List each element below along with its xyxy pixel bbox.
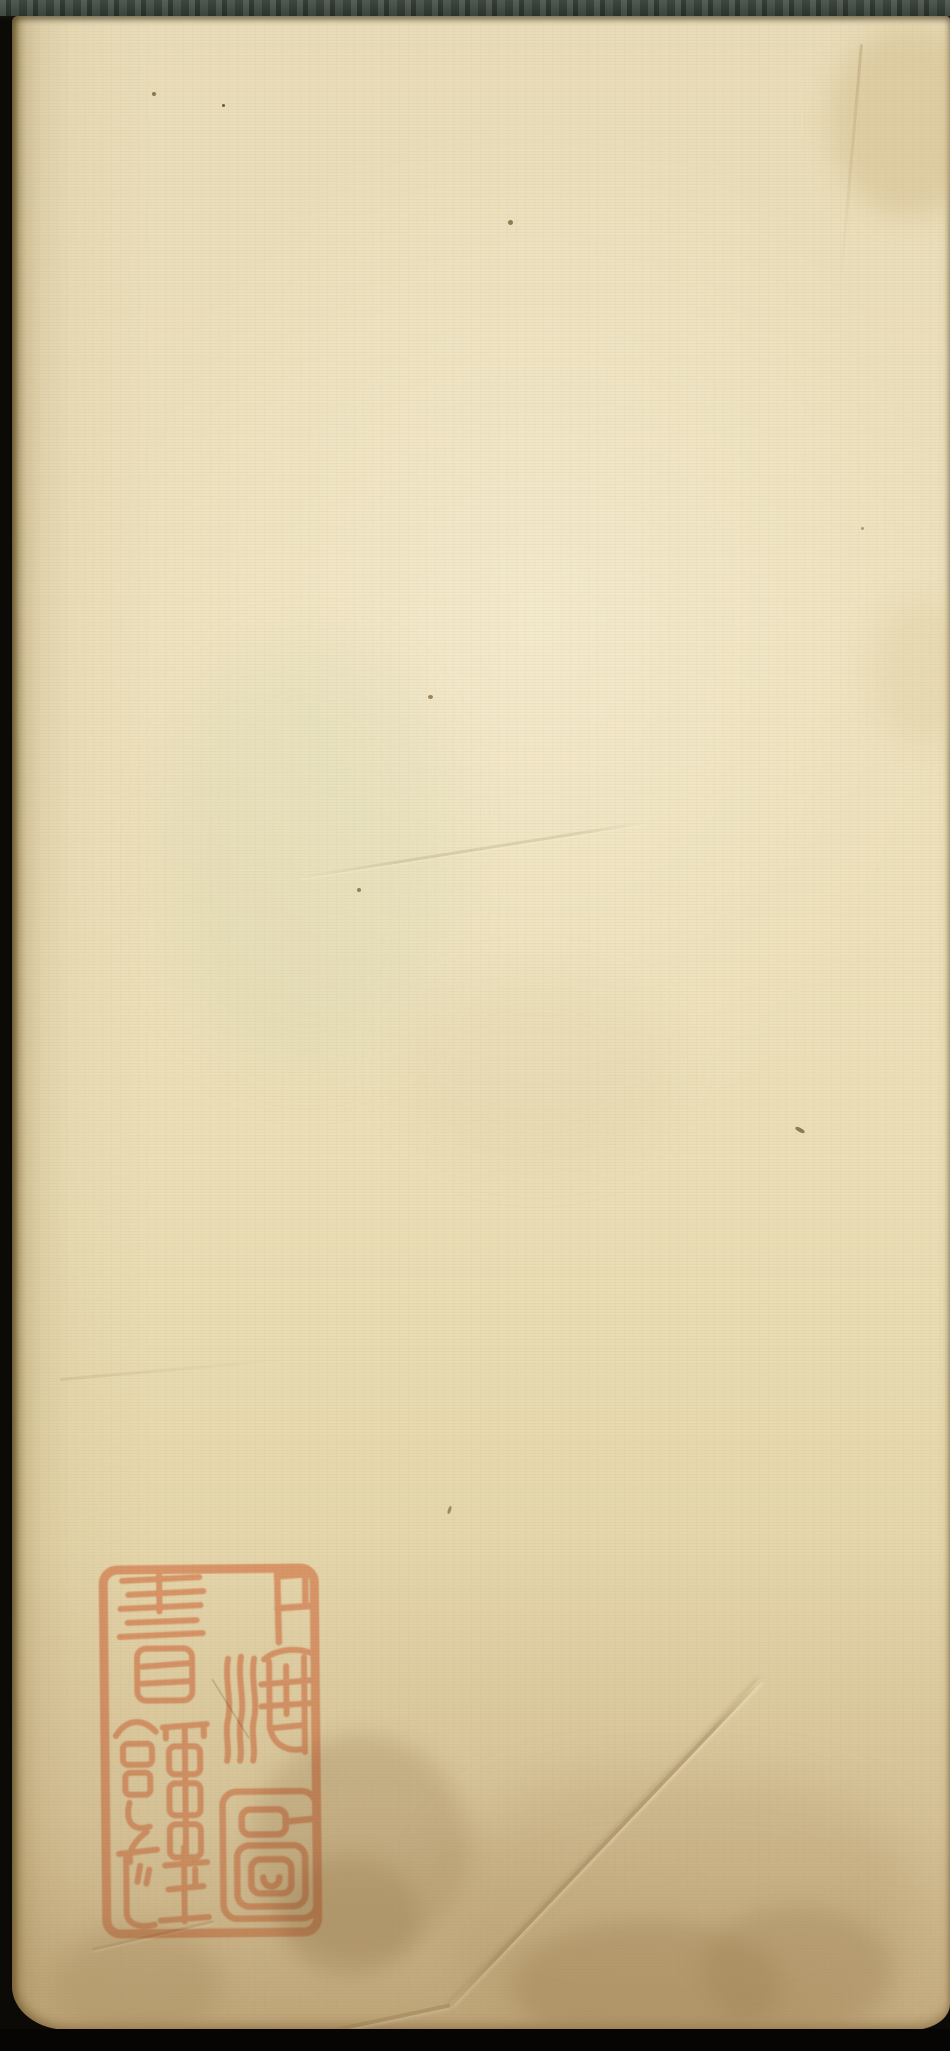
seal-char-guan [116,1721,208,1864]
scanner-bottom-background [0,2029,950,2051]
stain-mid-center [402,976,672,1166]
foxing-speck [428,695,433,699]
book-top-edge [0,0,950,16]
foxing-speck [152,92,156,96]
seal-script-glyphs [97,1562,327,1942]
paper-crease-diagonal-tail [240,2003,451,2030]
paper-crease-lower-left [60,1356,309,1381]
seal-char-hai [226,1650,315,1761]
stain-bottom-wash [442,1776,912,2030]
paper-page: 上海圖書館藏 [12,16,950,2030]
paper-crease-diagonal-main [449,1679,762,2008]
foxing-speck [357,888,361,892]
paper-crease-top-right [838,44,863,293]
stain-right-mid [872,596,950,746]
stain-top-right [830,26,950,216]
foxing-speck [508,220,513,225]
foxing-speck [861,527,864,530]
book-page-scan: 上海圖書館藏 [0,0,950,2051]
stain-mid-left-green [162,646,452,1076]
stain-bottom-center [512,1921,782,2030]
stain-bottom-right [702,1906,892,2030]
seal-char-tu [222,1791,316,1919]
paper-crease-middle [300,821,646,879]
foxing-speck [222,104,225,107]
seal-char-shang [277,1572,312,1642]
foxing-fiber [447,1506,452,1515]
seal-char-shu [119,1571,204,1701]
library-seal-stamp: 上海圖書館藏 [97,1562,327,1942]
foxing-smudge [795,1126,806,1134]
paper-worn-left-edge [12,16,42,2030]
